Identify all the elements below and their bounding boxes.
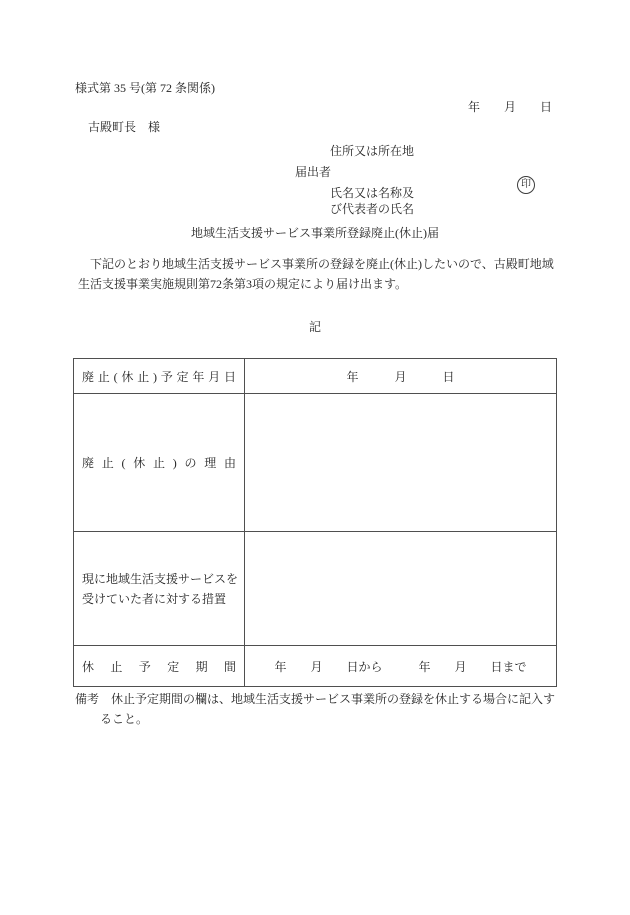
abolition-reason-label: 廃止(休止)の理由 bbox=[74, 394, 245, 532]
seal-stamp-icon: 印 bbox=[517, 176, 535, 194]
abolition-date-label: 廃止(休止)予定年月日 bbox=[74, 359, 245, 394]
table-row-abolition-date: 廃止(休止)予定年月日 年 月 日 bbox=[74, 359, 557, 394]
date-line: 年 月 日 bbox=[0, 100, 630, 115]
suspension-period-label: 休止予定期間 bbox=[74, 646, 245, 687]
form-table: 廃止(休止)予定年月日 年 月 日 廃止(休止)の理由 現に地域生活支援サービス… bbox=[73, 358, 557, 687]
remarks-note-line1: 備考 休止予定期間の欄は、地域生活支援サービス事業所の登録を休止する場合に記入す bbox=[75, 692, 555, 707]
addressee: 古殿町長 様 bbox=[88, 120, 160, 135]
abolition-reason-value bbox=[245, 394, 557, 532]
user-measures-label-line2: 受けていた者に対する措置 bbox=[82, 589, 236, 609]
suspension-period-value: 年 月 日から 年 月 日まで bbox=[245, 646, 557, 687]
declarant-group-label: 届出者 bbox=[295, 165, 331, 180]
user-measures-label: 現に地域生活支援サービスを 受けていた者に対する措置 bbox=[74, 532, 245, 646]
declarant-name-label-line1: 氏名又は名称及 bbox=[330, 186, 414, 201]
table-row-user-measures: 現に地域生活支援サービスを 受けていた者に対する措置 bbox=[74, 532, 557, 646]
document-page: 様式第 35 号(第 72 条関係) 年 月 日 古殿町長 様 住所又は所在地 … bbox=[0, 0, 630, 915]
abolition-date-value: 年 月 日 bbox=[245, 359, 557, 394]
remarks-note-line2: ること。 bbox=[100, 712, 148, 727]
table-row-abolition-reason: 廃止(休止)の理由 bbox=[74, 394, 557, 532]
body-paragraph-line1: 下記のとおり地域生活支援サービス事業所の登録を廃止(休止)したいので、古殿町地域 bbox=[78, 257, 554, 272]
table-row-suspension-period: 休止予定期間 年 月 日から 年 月 日まで bbox=[74, 646, 557, 687]
form-title: 地域生活支援サービス事業所登録廃止(休止)届 bbox=[0, 226, 630, 241]
record-mark: 記 bbox=[0, 320, 630, 335]
declarant-address-label: 住所又は所在地 bbox=[330, 144, 414, 159]
form-number: 様式第 35 号(第 72 条関係) bbox=[75, 81, 215, 96]
body-paragraph-line2: 生活支援事業実施規則第72条第3項の規定により届け出ます。 bbox=[78, 277, 407, 292]
user-measures-value bbox=[245, 532, 557, 646]
declarant-name-label-line2: び代表者の氏名 bbox=[330, 202, 414, 217]
user-measures-label-line1: 現に地域生活支援サービスを bbox=[82, 569, 236, 589]
